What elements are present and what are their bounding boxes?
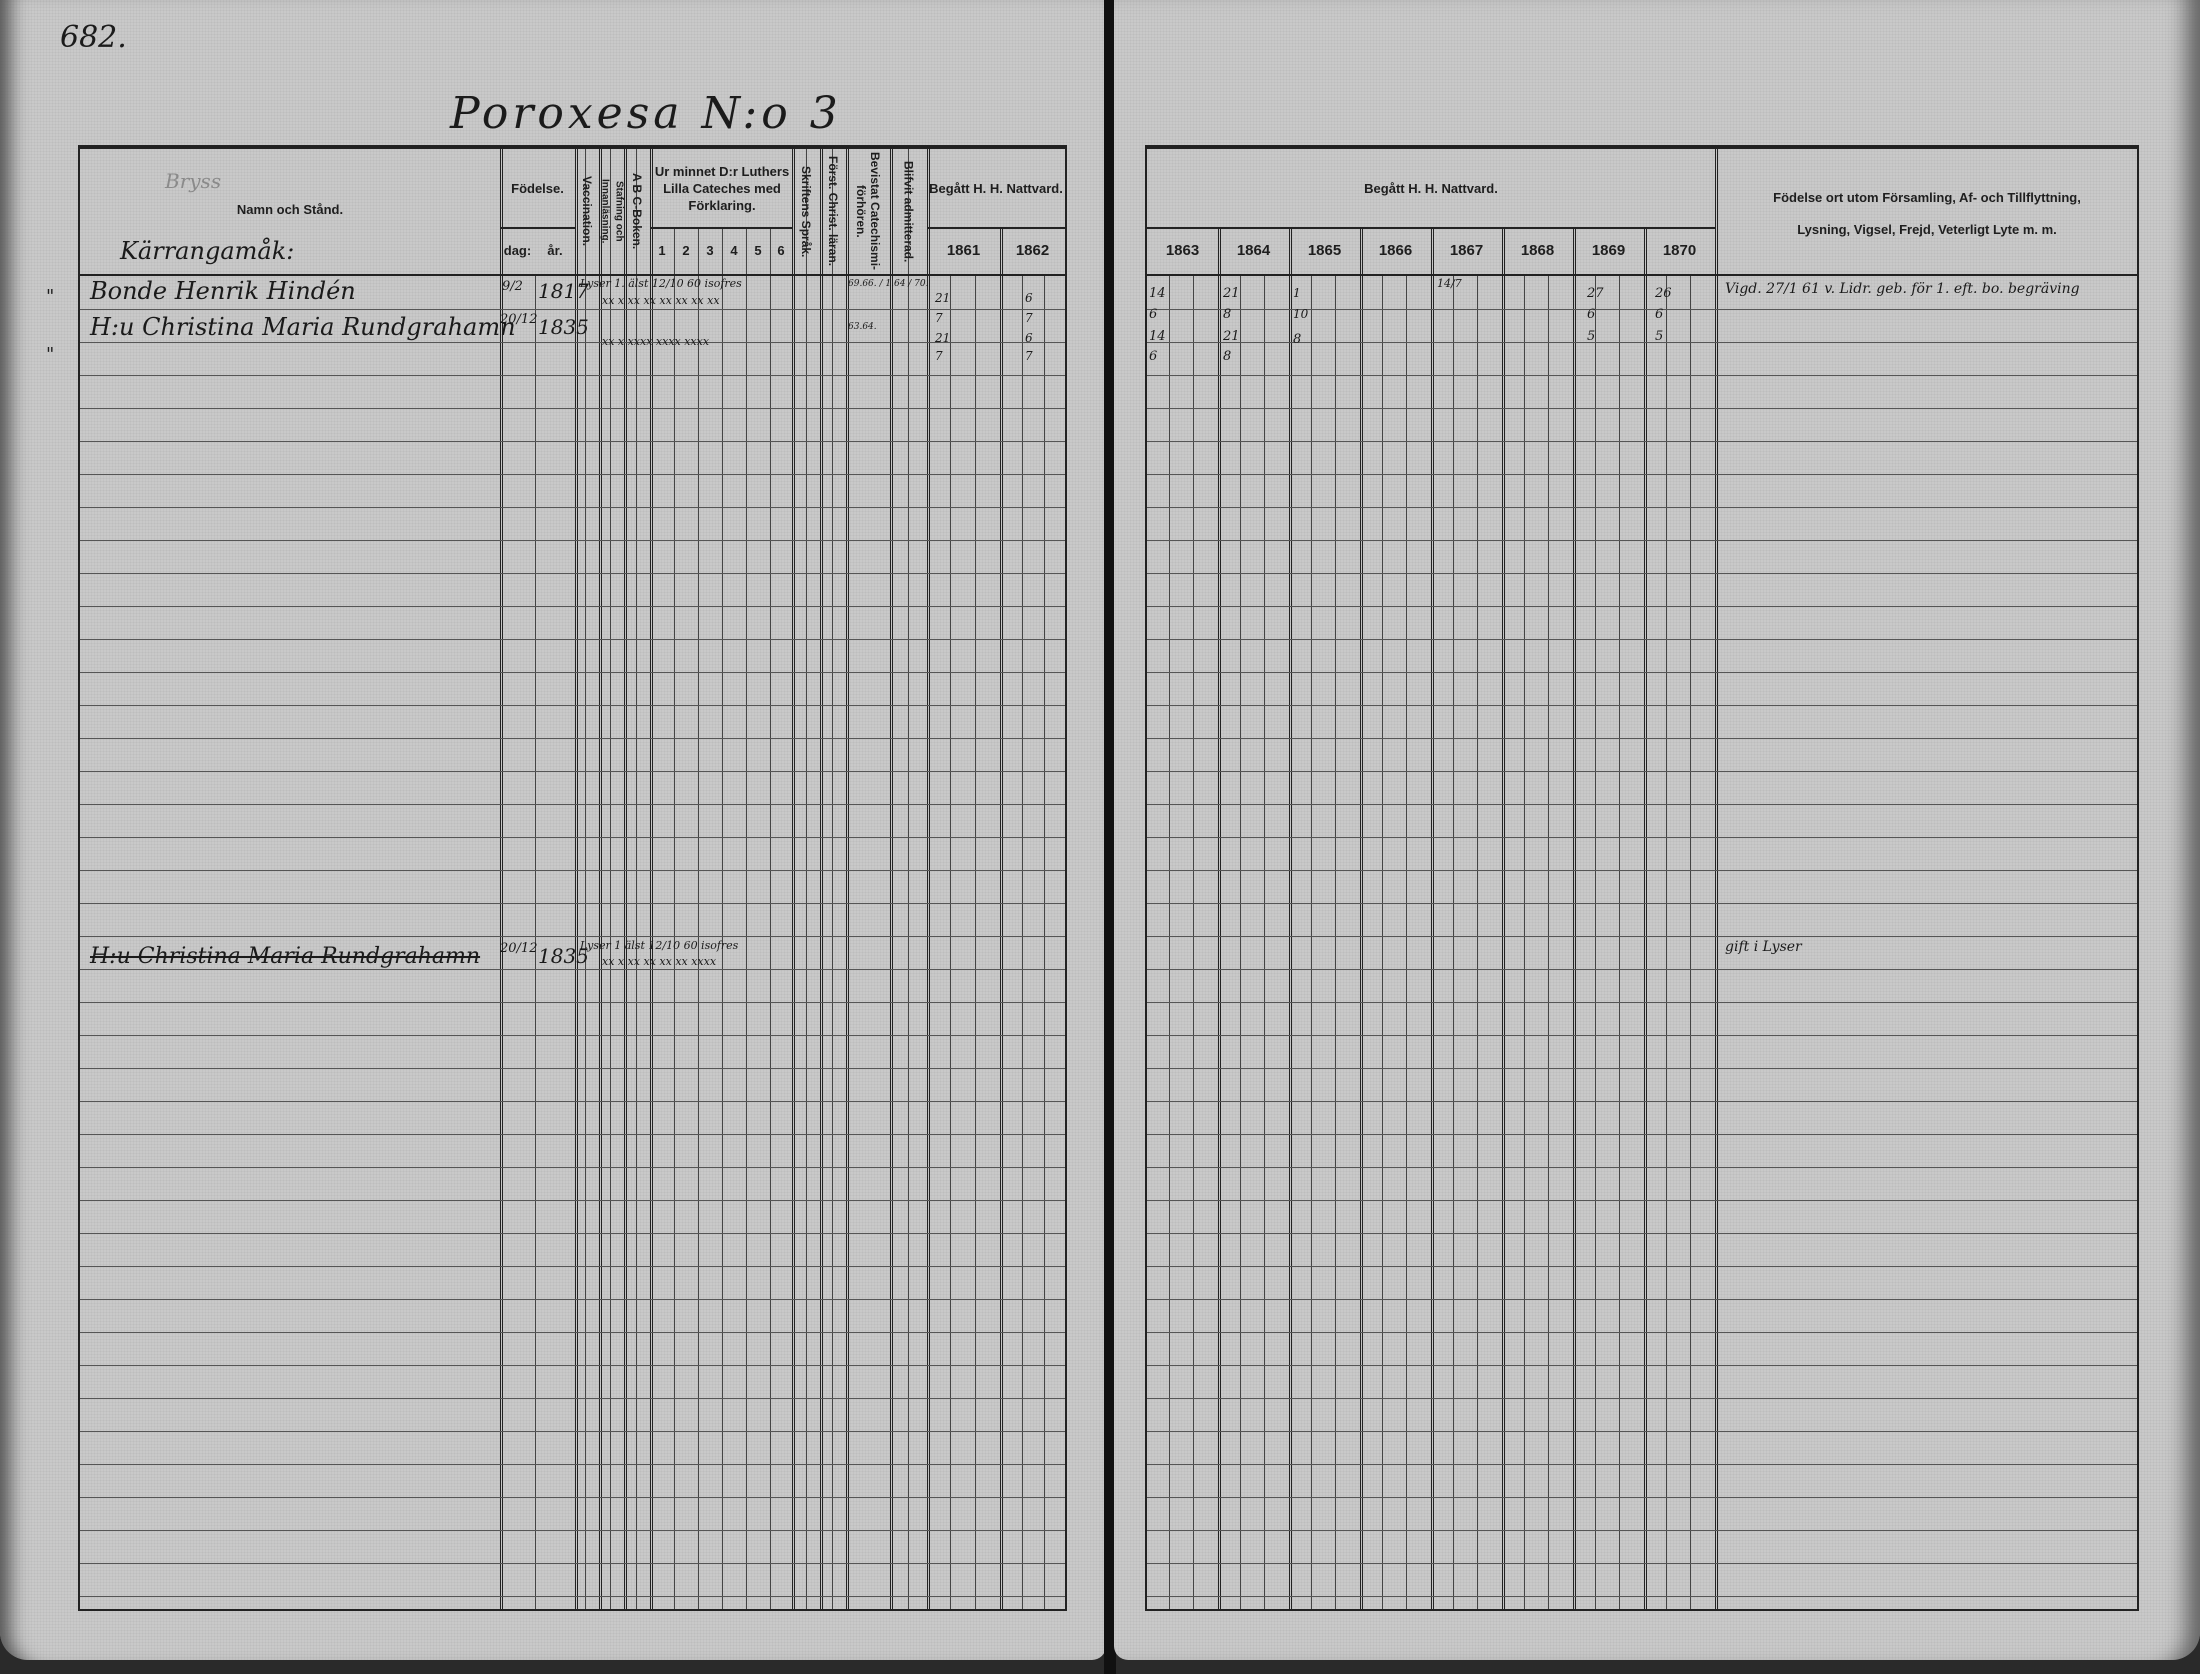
header-year-1861: 1861 — [927, 227, 1000, 274]
entry-communion-1862-b: 7 — [1025, 349, 1033, 363]
rule — [806, 149, 807, 1609]
cell-1870: 6 — [1655, 307, 1663, 322]
right-page: Begått H. H. Nattvard. 1863 1864 1865 18… — [1114, 0, 2200, 1660]
header-birth: Födelse. — [500, 149, 575, 227]
entry-birth-day: 20/12 — [500, 312, 537, 327]
entry-birth-year: 1835 — [538, 315, 589, 339]
header-catechism-exams: Bevistat Catechismi-förhören. — [846, 149, 890, 274]
right-register-table: Begått H. H. Nattvard. 1863 1864 1865 18… — [1145, 145, 2139, 1611]
header-year-1863: 1863 — [1147, 227, 1218, 274]
rule — [599, 149, 602, 1609]
header-luther: Ur minnet D:r Luthers Lilla Cateches med… — [652, 151, 792, 225]
entry-marks-bottom: xx x xx xx xx xx xxxx — [602, 955, 716, 968]
cell-1869: 6 — [1587, 307, 1595, 322]
entry-name: Bonde Henrik Hindén — [90, 277, 356, 305]
cell-1870: 5 — [1655, 329, 1663, 344]
left-page: 682. Poroxesa N:o 3 — [0, 0, 1106, 1660]
village-title: Poroxesa N:o 3 — [450, 88, 842, 139]
entry-marks-bottom: xx x xx xx xx xx xx xx — [602, 294, 720, 307]
entry-marks-top: Lyser 1 älst 12/10 60 isofres — [580, 939, 738, 952]
cell-1865: 8 — [1293, 332, 1301, 347]
remark: Vigd. 27/1 61 v. Lidr. geb. för 1. eft. … — [1725, 281, 2080, 297]
header-scripture: Skriftens Språk. — [792, 149, 820, 274]
header-name-handwritten: Kärrangamåk: — [120, 237, 294, 265]
entry-marks-top: Lyser 1. älst 12/10 60 isofres — [580, 277, 742, 290]
ditto-mark: " — [46, 344, 54, 365]
remark: gift i Lyser — [1725, 939, 1802, 955]
header-christian-doctrine: Först. Christ. läran. — [820, 149, 846, 274]
header-communion: Begått H. H. Nattvard. — [927, 149, 1065, 227]
entry-catechism-exams: 69.66. / 1.64 / 70. — [848, 279, 929, 289]
ditto-mark: " — [46, 286, 54, 307]
header-year-1866: 1866 — [1360, 227, 1431, 274]
cell-1863: 14 — [1149, 286, 1166, 301]
entry-marks-bottom: xx x xxxx xxxx xxxx — [602, 335, 709, 348]
rule — [585, 149, 586, 1609]
cell-1864: 8 — [1223, 307, 1231, 322]
header-year-1865: 1865 — [1289, 227, 1360, 274]
entry-name-struck: H:u Christina Maria Rundgrahamn — [90, 944, 480, 969]
rule — [624, 149, 627, 1609]
header-year-1862: 1862 — [1000, 227, 1065, 274]
cell-1864: 21 — [1223, 286, 1240, 301]
header-luther-2: 2 — [674, 227, 698, 274]
rule — [698, 227, 699, 1609]
cell-1863: 6 — [1149, 349, 1157, 364]
header-vaccination: Vaccination. — [575, 149, 599, 274]
cell-1865: 10 — [1293, 307, 1308, 321]
header-reading: Stafning och Innanläsning. — [599, 149, 624, 274]
rule — [792, 149, 795, 1609]
rule — [1000, 227, 1003, 1609]
rule — [610, 149, 611, 1609]
page-number: 682. — [60, 20, 127, 55]
rule — [846, 149, 849, 1609]
header-year-1867: 1867 — [1431, 227, 1502, 274]
rule — [908, 149, 909, 1609]
header-luther-4: 4 — [722, 227, 746, 274]
header-admitted: Blifvit admitterad. — [890, 149, 927, 274]
entry-birth-day: 20/12 — [500, 941, 537, 956]
entry-communion-1861-a: 21 — [935, 331, 950, 345]
header-luther-5: 5 — [746, 227, 770, 274]
header-abc: A B C-Boken. — [624, 149, 650, 274]
entry-communion-1862-a: 6 — [1025, 331, 1033, 345]
header-remarks: Födelse ort utom Församling, Af- och Til… — [1747, 169, 2107, 259]
cell-1870: 26 — [1655, 286, 1672, 301]
left-register-table: Bryss Namn och Stånd. Kärrangamåk: Födel… — [78, 145, 1067, 1611]
rule — [575, 149, 578, 1609]
header-bottom-rule — [80, 274, 1065, 276]
entry-communion-1862-a: 6 — [1025, 291, 1033, 305]
rule — [770, 227, 771, 1609]
cell-1869: 5 — [1587, 329, 1595, 344]
entry-name: H:u Christina Maria Rundgrahamn — [90, 313, 516, 341]
rule — [636, 149, 637, 1609]
entry-communion-1861-b: 7 — [935, 311, 943, 325]
rule — [927, 149, 930, 1609]
rule — [500, 149, 503, 1609]
rule — [674, 227, 675, 1609]
rule — [722, 227, 723, 1609]
header-year-1869: 1869 — [1573, 227, 1644, 274]
rule — [832, 149, 833, 1609]
cell-1869: 27 — [1587, 286, 1604, 301]
cell-1865: 1 — [1293, 286, 1301, 300]
pencil-note: Bryss — [165, 169, 221, 193]
cell-1864: 8 — [1223, 349, 1231, 364]
cell-1863: 6 — [1149, 307, 1157, 322]
rule — [890, 149, 893, 1609]
header-name: Namn och Stånd. — [80, 194, 500, 224]
entry-communion-1861-a: 21 — [935, 291, 950, 305]
cell-1864: 21 — [1223, 329, 1240, 344]
rule — [820, 149, 823, 1609]
header-year-1870: 1870 — [1644, 227, 1715, 274]
header-year-1864: 1864 — [1218, 227, 1289, 274]
entry-communion-1861-b: 7 — [935, 349, 943, 363]
header-luther-3: 3 — [698, 227, 722, 274]
cell-1863: 14 — [1149, 329, 1166, 344]
header-luther-6: 6 — [770, 227, 792, 274]
cell-1867: 14/7 — [1437, 277, 1462, 290]
entry-communion-1862-b: 7 — [1025, 311, 1033, 325]
header-birth-year: år. — [535, 227, 575, 274]
header-birth-day: dag: — [500, 227, 535, 274]
header-year-1868: 1868 — [1502, 227, 1573, 274]
header-communion: Begått H. H. Nattvard. — [1147, 149, 1715, 227]
entry-catechism-exams: 63.64. — [848, 322, 877, 332]
rule — [650, 149, 653, 1609]
header-luther-1: 1 — [650, 227, 674, 274]
entry-birth-day: 9/2 — [502, 279, 523, 294]
rule — [746, 227, 747, 1609]
